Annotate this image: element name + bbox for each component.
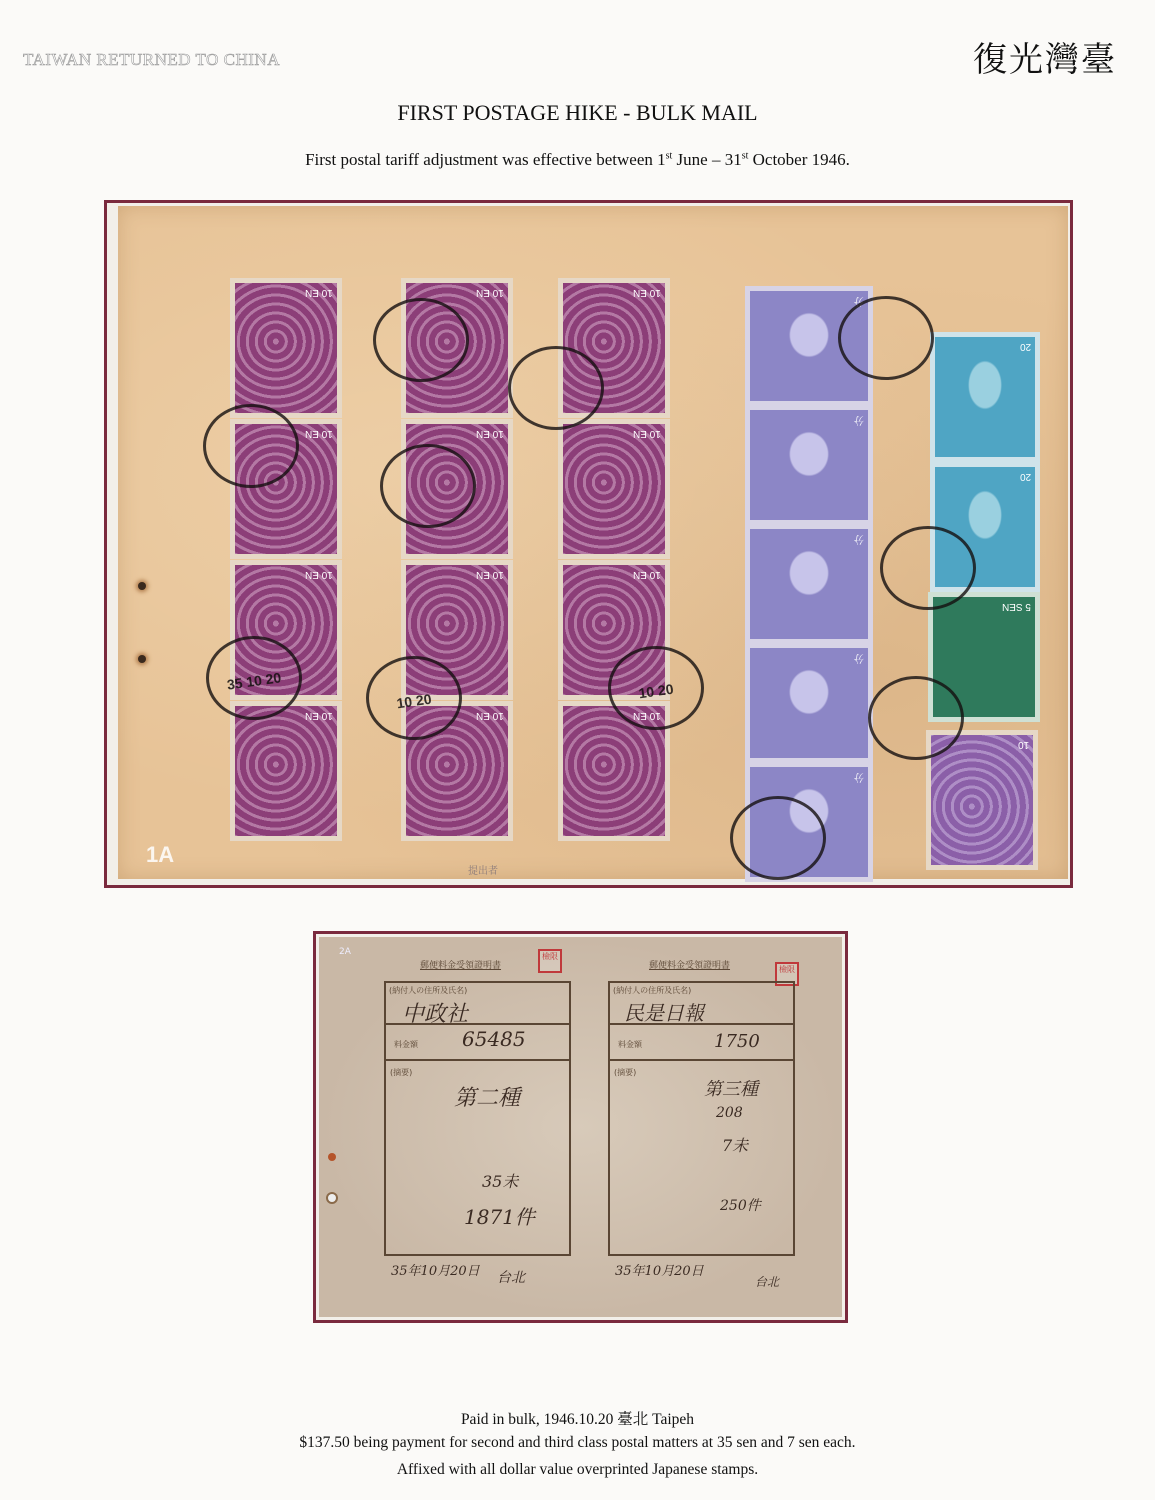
stamp-denomination: 10 EN: [633, 287, 661, 298]
postmark-date: 10 20: [610, 677, 701, 705]
stamp-denomination: 20: [1020, 341, 1031, 352]
left-amount-label: 料金額: [394, 1039, 418, 1050]
right-amount: 1750: [714, 1031, 760, 1052]
right-amount-label: 料金額: [618, 1039, 642, 1050]
right-date: 35年10月20日: [615, 1260, 704, 1279]
postmark: 10 20: [366, 656, 462, 740]
left-date: 35年10月20日: [391, 1260, 480, 1279]
stamp-denomination: 10 EN: [305, 287, 333, 298]
header-right-chinese: 復光灣臺: [973, 32, 1117, 81]
left-form-title: 郵便料金受領證明書: [420, 958, 501, 971]
right-note-3: 250件: [720, 1195, 761, 1215]
right-summary: 第三種: [704, 1075, 758, 1101]
stamp-purple: 10 EN: [558, 419, 670, 559]
stamp-purple: 10 EN: [230, 278, 342, 418]
left-note-2: 1871件: [464, 1201, 535, 1230]
caption-line-3: Affixed with all dollar value overprinte…: [0, 1461, 1155, 1479]
stamp-denomination: 分: [854, 414, 864, 429]
postmark: [730, 796, 826, 880]
punch-hole: [138, 655, 146, 663]
stamp-lilac: 分: [745, 405, 873, 525]
stamp-denomination: 10 EN: [305, 569, 333, 580]
left-note-1: 35未: [482, 1169, 518, 1192]
stamp-denomination: 10 EN: [633, 428, 661, 439]
left-summary: 第二種: [454, 1081, 520, 1112]
stamp-denomination: 5 SEN: [1002, 601, 1031, 612]
caption-line-2: $137.50 being payment for second and thi…: [0, 1434, 1155, 1452]
postmark-date: 35 10 20: [208, 667, 299, 695]
punch-hole: [328, 1153, 336, 1161]
postmark: 10 20: [608, 646, 704, 730]
postage-receipt: 2A 郵便料金受領證明書 檢限 (納付人の住所及氏名) 中政社 料金額 6548…: [319, 937, 842, 1317]
right-form-title: 郵便料金受領證明書: [649, 958, 730, 971]
bulk-mail-cover: 10 EN10 EN10 EN10 EN10 EN10 EN10 EN10 EN…: [118, 206, 1068, 879]
right-note-2: 7未: [722, 1133, 748, 1156]
right-form-box: (納付人の住所及氏名) 民是日報 料金額 1750 (摘要) 第三種 208 7…: [608, 981, 795, 1256]
pencil-note: 1A: [146, 842, 174, 868]
stamp-denomination: 10 EN: [476, 287, 504, 298]
stamp-denomination: 10 EN: [305, 710, 333, 721]
pencil-note-small: 提出者: [468, 862, 498, 877]
stamp-denomination: 10 EN: [476, 569, 504, 580]
right-place: 台北: [755, 1273, 779, 1290]
page-title: FIRST POSTAGE HIKE - BULK MAIL: [0, 100, 1155, 126]
left-form-box: (納付人の住所及氏名) 中政社 料金額 65485 (摘要) 第二種 35未 1…: [384, 981, 571, 1256]
stamp-denomination: 20: [1020, 471, 1031, 482]
stamp-denomination: 10 EN: [633, 569, 661, 580]
punch-hole: [138, 582, 146, 590]
postmark: [373, 298, 469, 382]
page-subtitle: First postal tariff adjustment was effec…: [0, 150, 1155, 170]
stamp-denomination: 分: [854, 533, 864, 548]
postmark: [203, 404, 299, 488]
header-left-text: TAIWAN RETURNED TO CHINA: [23, 50, 280, 70]
postmark: 35 10 20: [206, 636, 302, 720]
stamp-lilac: 分: [745, 524, 873, 644]
stamp-denomination: 10 EN: [476, 710, 504, 721]
stamp-lilac: 分: [745, 643, 873, 763]
stamp-denomination: 10 EN: [305, 428, 333, 439]
caption-line-1: Paid in bulk, 1946.10.20 臺北 Taipeh: [0, 1407, 1155, 1429]
right-summary-label: (摘要): [614, 1067, 636, 1078]
left-place: 台北: [497, 1267, 525, 1287]
left-amount: 65485: [462, 1027, 526, 1051]
right-payer-name: 民是日報: [624, 997, 704, 1026]
left-summary-label: (摘要): [390, 1067, 412, 1078]
left-red-seal: 檢限: [538, 949, 562, 973]
stamp-purple: 10 EN: [230, 701, 342, 841]
punch-hole: [328, 1194, 336, 1202]
right-name-label: (納付人の住所及氏名): [613, 985, 691, 996]
stamp-denomination: 10: [1018, 739, 1029, 750]
stamp-denomination: 分: [854, 652, 864, 667]
left-name-label: (納付人の住所及氏名): [389, 985, 467, 996]
postmark: [868, 676, 964, 760]
postmark: [508, 346, 604, 430]
postmark: [838, 296, 934, 380]
stamp-denomination: 10 EN: [476, 428, 504, 439]
postmark: [880, 526, 976, 610]
stamp-denomination: 分: [854, 771, 864, 786]
right-note-1: 208: [716, 1105, 743, 1121]
stamp-blue: 20: [930, 332, 1040, 462]
postmark-date: 10 20: [368, 687, 459, 715]
corner-mark: 2A: [339, 947, 351, 957]
postmark: [380, 444, 476, 528]
